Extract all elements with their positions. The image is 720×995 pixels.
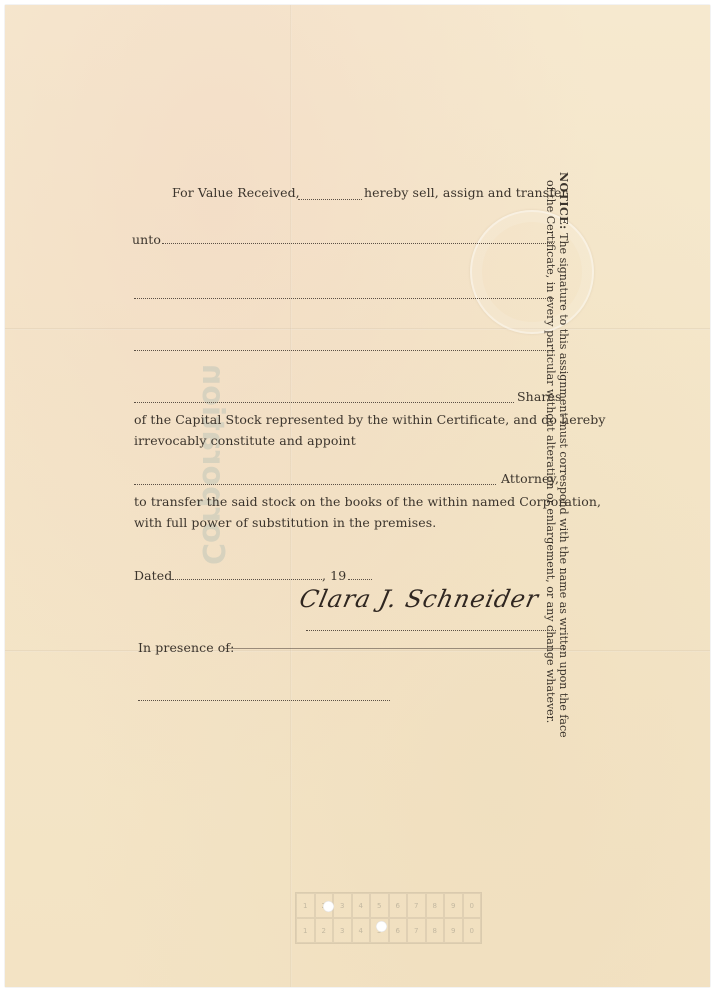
signature: Clara J. Schneider [297,585,541,613]
embossed-seal [470,210,594,334]
grid-cell: 3 [333,893,352,918]
notice-block: NOTICE: The signature to this assignment… [544,172,570,772]
value-blank [298,199,362,200]
signature-pen-stroke [225,648,565,649]
bleed-through-number-grid: 1234567890 1234567890 [295,892,482,944]
dated-label: Dated [134,568,172,583]
fold-line-lower [5,650,710,652]
sell-assign-transfer-text: hereby sell, assign and transfer [364,185,568,200]
unto-label: unto [132,232,161,247]
grid-cell: 0 [463,893,482,918]
grid-cell: 0 [463,918,482,943]
in-presence-of-label: In presence of: [138,640,234,655]
assignee-line-2 [134,298,554,299]
for-value-received-label: For Value Received, [172,185,300,200]
grid-cell: 6 [389,918,408,943]
grid-cell: 4 [352,893,371,918]
notice-heading: NOTICE: [557,172,570,230]
notice-line-1: The signature to this assignment must co… [557,233,570,738]
grid-cell: 1 [296,893,315,918]
grid-cell: 1 [296,918,315,943]
punch-hole [323,901,334,912]
attorney-blank [134,484,496,485]
assignee-line-3 [134,350,554,351]
grid-cell: 4 [352,918,371,943]
appoint-text: irrevocably constitute and appoint [134,433,356,448]
year-prefix: , 19 [322,568,346,583]
grid-cell: 9 [444,893,463,918]
grid-cell: 2 [315,918,334,943]
grid-cell: 7 [407,893,426,918]
grid-cell: 6 [389,893,408,918]
year-blank [348,579,372,580]
bleed-through-title: Corporation [195,364,230,565]
substitution-text: with full power of substitution in the p… [134,515,436,530]
notice-line-2: of the Certificate, in every particular … [544,172,557,772]
capital-stock-text: of the Capital Stock represented by the … [134,412,606,427]
grid-cell: 7 [407,918,426,943]
date-blank [172,579,322,580]
transfer-text: to transfer the said stock on the books … [134,494,601,509]
grid-cell: 3 [333,918,352,943]
shares-blank [134,402,514,403]
signature-line [306,630,556,631]
grid-cell: 8 [426,893,445,918]
punch-hole [376,921,387,932]
fold-line-upper [5,328,710,330]
assignee-line-1 [162,243,554,244]
witness-line [138,700,390,701]
grid-cell: 5 [370,893,389,918]
grid-cell: 9 [444,918,463,943]
grid-cell: 8 [426,918,445,943]
